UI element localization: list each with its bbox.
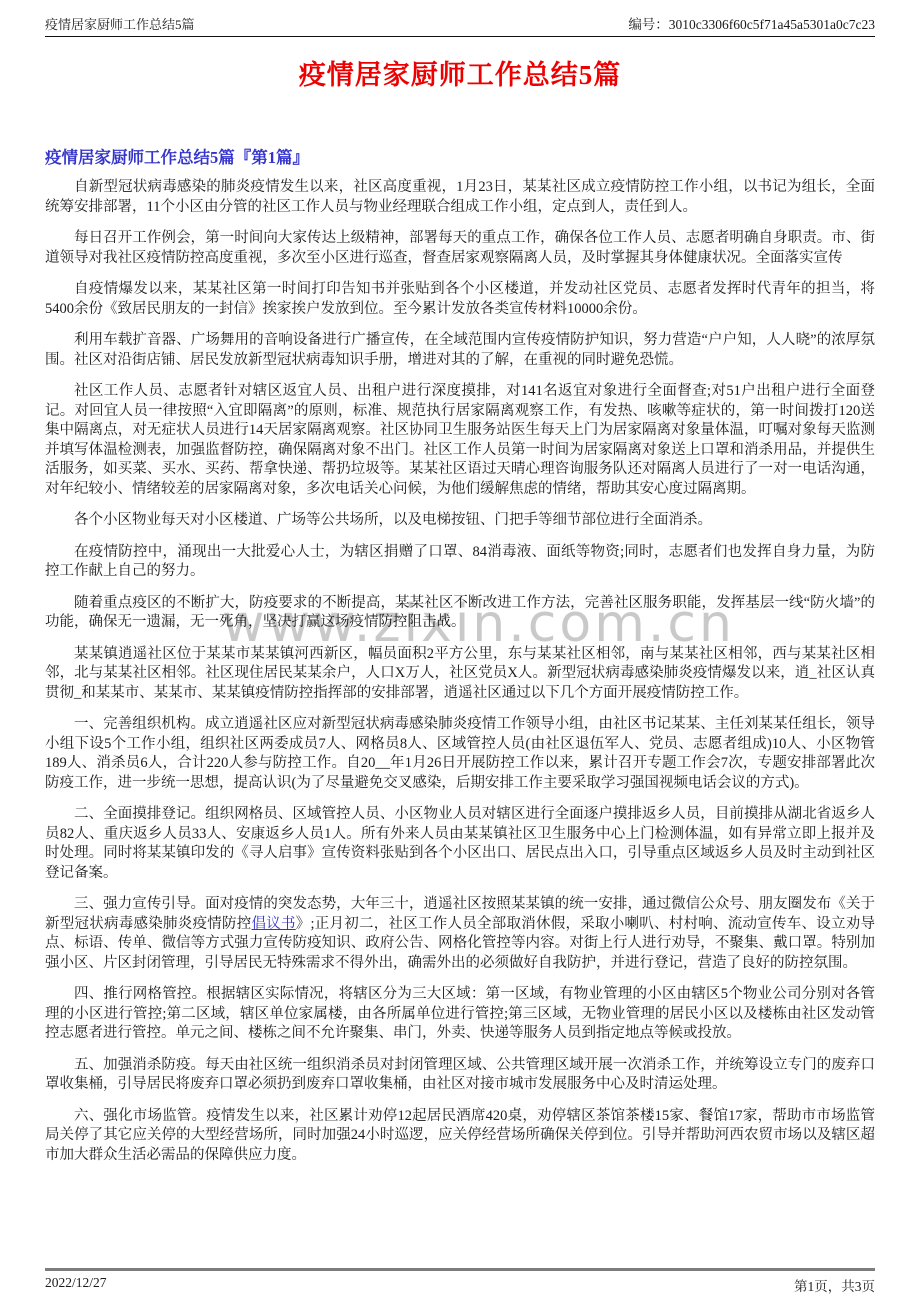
page-title: 疫情居家厨师工作总结5篇 — [45, 53, 875, 92]
changyishu-link[interactable]: 倡议书 — [252, 916, 296, 932]
paragraph-1: 自新型冠状病毒感染的肺炎疫情发生以来，社区高度重视，1月23日，某某社区成立疫情… — [45, 178, 875, 217]
footer-date: 2022/12/27 — [45, 1275, 107, 1295]
paragraph-2: 每日召开工作例会，第一时间向大家传达上级精神，部署每天的重点工作，确保各位工作人… — [45, 229, 875, 268]
paragraph-13: 四、推行网格管控。根据辖区实际情况，将辖区分为三大区域：第一区域，有物业管理的小… — [45, 985, 875, 1044]
paragraph-6: 各个小区物业每天对小区楼道、广场等公共场所，以及电梯按钮、门把手等细节部位进行全… — [45, 511, 875, 531]
paragraph-14: 五、加强消杀防疫。每天由社区统一组织消杀员对封闭管理区域、公共管理区域开展一次消… — [45, 1056, 875, 1095]
document-body: 自新型冠状病毒感染的肺炎疫情发生以来，社区高度重视，1月23日，某某社区成立疫情… — [45, 178, 875, 1165]
page-header: 疫情居家厨师工作总结5篇 编号：3010c3306f60c5f71a45a530… — [45, 0, 875, 37]
paragraph-10: 一、完善组织机构。成立逍遥社区应对新型冠状病毒感染肺炎疫情工作领导小组，由社区书… — [45, 715, 875, 793]
paragraph-9: 某某镇逍遥社区位于某某市某某镇河西新区，幅员面积2平方公里，东与某某社区相邻，南… — [45, 645, 875, 704]
paragraph-11: 二、全面摸排登记。组织网格员、区域管控人员、小区物业人员对辖区进行全面逐户摸排返… — [45, 805, 875, 883]
paragraph-3: 自疫情爆发以来，某某社区第一时间打印告知书并张贴到各个小区楼道，并发动社区党员、… — [45, 280, 875, 319]
header-doc-id: 编号：3010c3306f60c5f71a45a5301a0c7c23 — [628, 13, 875, 33]
paragraph-15: 六、强化市场监管。疫情发生以来，社区累计劝停12起居民酒席420桌，劝停辖区茶馆… — [45, 1107, 875, 1166]
footer-page-info: 第1页，共3页 — [794, 1275, 875, 1295]
paragraph-5: 社区工作人员、志愿者针对辖区返宜人员、出租户进行深度摸排，对141名返宜对象进行… — [45, 382, 875, 499]
paragraph-4: 利用车载扩音器、广场舞用的音响设备进行广播宣传，在全域范围内宣传疫情防护知识，努… — [45, 331, 875, 370]
section-heading: 疫情居家厨师工作总结5篇『第1篇』 — [45, 144, 875, 168]
page-footer: 2022/12/27 第1页，共3页 — [45, 1268, 875, 1295]
header-doc-title: 疫情居家厨师工作总结5篇 — [45, 14, 195, 33]
paragraph-8: 随着重点疫区的不断扩大，防疫要求的不断提高，某某社区不断改进工作方法，完善社区服… — [45, 594, 875, 633]
paragraph-12: 三、强力宣传引导。面对疫情的突发态势，大年三十，逍遥社区按照某某镇的统一安排，通… — [45, 895, 875, 973]
document-page: 疫情居家厨师工作总结5篇 编号：3010c3306f60c5f71a45a530… — [45, 0, 875, 1165]
paragraph-7: 在疫情防控中，涌现出一大批爱心人士，为辖区捐赠了口罩、84消毒液、面纸等物资;同… — [45, 543, 875, 582]
